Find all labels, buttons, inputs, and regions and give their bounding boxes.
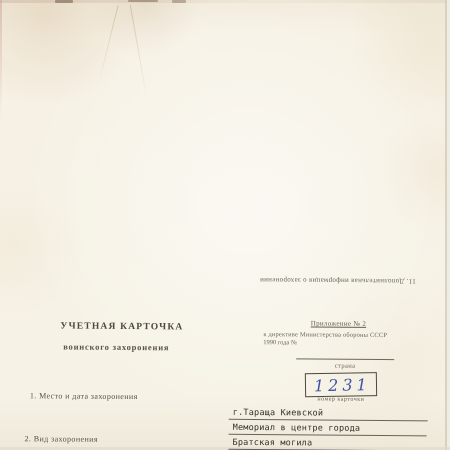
appendix-heading: Приложение № 2 [263,319,413,328]
ruled-line [229,419,428,422]
card-title: УЧЕТНАЯ КАРТОЧКА [60,321,172,332]
appendix-directive-line: к директиве Министерства обороны СССР [263,331,423,339]
card-number-stamp-box: 1231 [305,372,377,397]
card-subtitle: воинского захоронения [55,341,177,352]
entry-place: г.Тараща Киевской [233,408,323,419]
country-label: страна [296,362,394,370]
card-number-label: номер карточки [300,396,382,403]
entry-burial-type: Братская могила [232,438,312,449]
upside-down-print-line: 11. Дополнительная информация о захороне… [228,276,416,285]
appendix-year-line: 1990 года № [263,339,423,347]
country-blank-line [296,358,394,360]
field-place-date-label: 1. Место и дата захоронения [30,391,138,401]
scanned-burial-registration-card: 11. Дополнительная информация о захороне… [0,0,450,450]
card-content: 11. Дополнительная информация о захороне… [0,0,450,450]
entry-memorial: Мемориал в центре города [233,423,361,434]
card-number-stamp: 1231 [311,374,371,394]
field-burial-type-label: 2. Вид захоронения [25,434,98,444]
ruled-line [229,434,427,437]
